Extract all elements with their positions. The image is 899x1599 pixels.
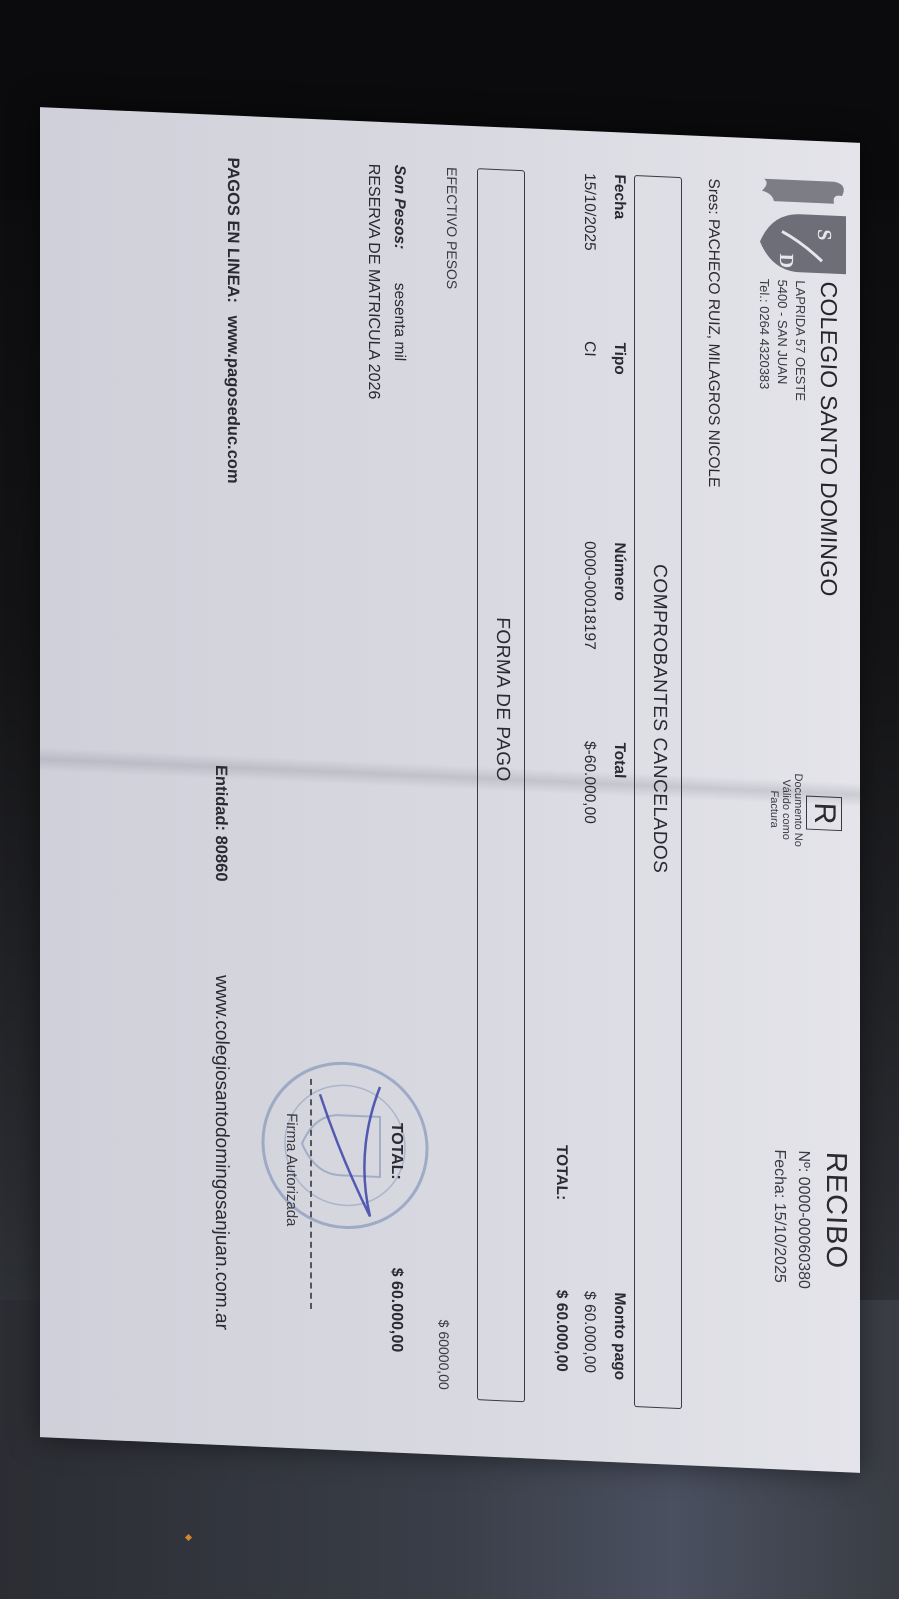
receipt-number: Nº: 0000-00060380 — [794, 1150, 812, 1289]
receipt-title: RECIBO — [819, 1151, 852, 1270]
online-payments-url: www.pagoseduc.com — [223, 315, 242, 484]
paper-fold — [40, 747, 860, 807]
column-header-monto-pago: Monto pago — [610, 1292, 628, 1381]
school-crest-icon: S D — [757, 170, 852, 284]
column-header-fecha: Fecha — [610, 174, 628, 220]
receipt-date: Fecha: 15/10/2025 — [770, 1149, 788, 1283]
grand-total-value: $ 60.000,00 — [387, 1267, 405, 1352]
entity-number: Entidad: 80860 — [211, 765, 230, 882]
school-address: LAPRIDA 57 OESTE — [793, 280, 808, 401]
school-seal-stamp-icon — [250, 1051, 440, 1239]
school-website: www.colegiosantodomingosanjuan.com.ar — [210, 975, 232, 1331]
forma-de-pago-title: FORMA DE PAGO — [491, 617, 513, 782]
row-tipo: CI — [580, 341, 598, 357]
school-city: 5400 - SAN JUAN — [775, 279, 790, 384]
signature-label: Firma Autorizada — [283, 1113, 300, 1227]
svg-text:S: S — [813, 229, 835, 241]
column-header-numero: Número — [610, 542, 628, 601]
receipt-paper: S D COLEGIO SANTO DOMINGO LAPRIDA 57 OES… — [40, 107, 860, 1473]
son-pesos-label: Son Pesos: — [390, 164, 408, 249]
row-monto-pago: $ 60.000,00 — [580, 1291, 598, 1374]
row-total: $-60.000,00 — [580, 741, 598, 825]
payment-concept: RESERVA DE MATRICULA 2026 — [364, 163, 382, 399]
column-header-tipo: Tipo — [610, 342, 628, 375]
son-pesos-value: sesenta mil — [390, 282, 408, 361]
column-header-total: Total — [610, 742, 628, 779]
school-name: COLEGIO SANTO DOMINGO — [815, 281, 842, 597]
grand-total-label: TOTAL: — [387, 1122, 405, 1180]
online-payments-label: PAGOS EN LINEA: — [223, 157, 242, 303]
row-numero: 0000-00018197 — [580, 541, 598, 650]
row-fecha: 15/10/2025 — [580, 173, 598, 251]
comprobantes-total-label: TOTAL: — [552, 1144, 570, 1200]
payment-method: EFECTIVO PESOS — [444, 167, 460, 290]
forma-de-pago-header-box — [477, 168, 525, 1402]
school-phone: Tel.: 0264 4320383 — [757, 278, 772, 389]
comprobantes-total-value: $ 60.000,00 — [552, 1289, 570, 1372]
document-type-letter: R — [806, 796, 842, 832]
payment-amount: $ 60000,00 — [436, 1319, 452, 1390]
document-validity-note: Documento No Válido como Factura — [768, 759, 804, 861]
customer-name: Sres: PACHECO RUIZ, MILAGROS NICOLE — [704, 178, 722, 488]
signature-line — [310, 1079, 312, 1309]
svg-text:D: D — [775, 253, 797, 268]
comprobantes-title: COMPROBANTES CANCELADOS — [648, 564, 670, 874]
